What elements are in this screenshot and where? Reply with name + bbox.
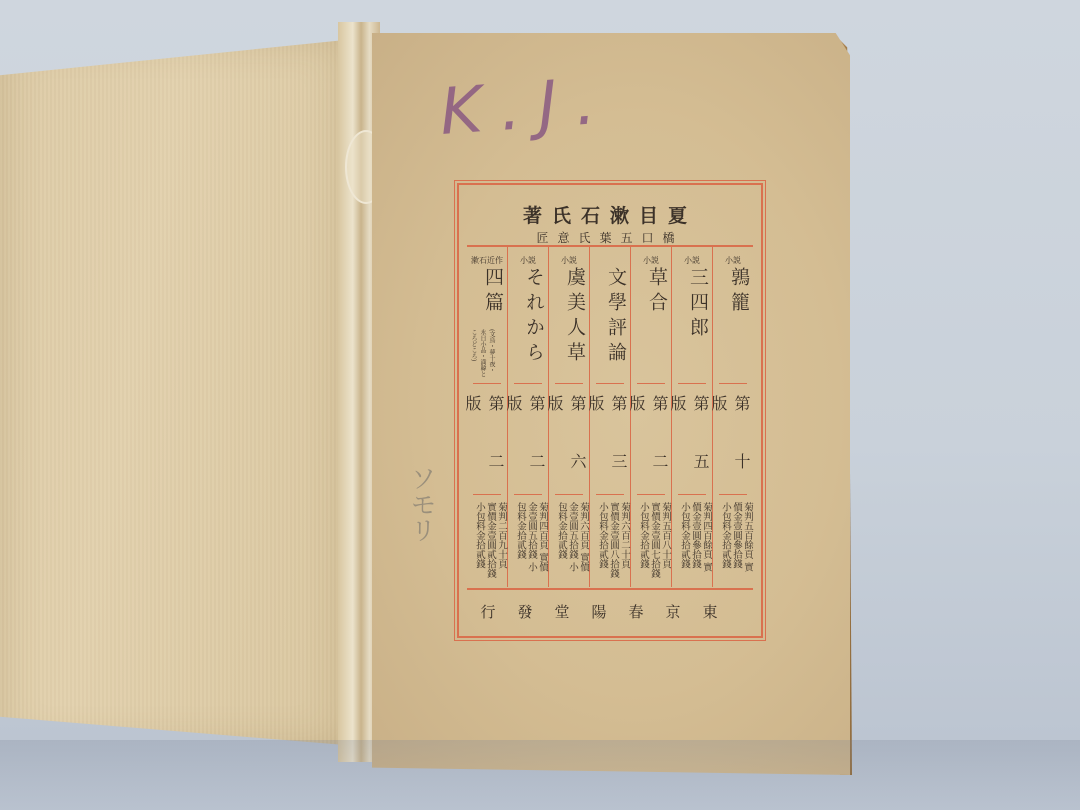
divider: [719, 383, 747, 384]
book-column: 小説 鶉籠 第十版 菊判五百餘頁 實價金壹圓參拾錢 小包料金拾貳錢: [712, 247, 753, 587]
edition-label: 第三版: [590, 395, 630, 487]
handwritten-initials: K.J.: [438, 64, 616, 150]
divider: [514, 383, 542, 384]
divider: [678, 383, 706, 384]
ad-title: 著氏石漱目夏: [459, 201, 761, 228]
genre-label: 小説: [725, 255, 741, 266]
left-cover-endpaper: [0, 40, 345, 745]
price-info: 菊判二百九十頁 實價金壹圓貳拾錢 小包料金拾貳錢: [467, 502, 507, 580]
genre-label: 漱石近作: [471, 255, 503, 266]
ad-subtitle: 匠意氏葉五口橋: [459, 229, 761, 246]
pencil-annotation: ソモリ: [410, 465, 440, 543]
book-column: 小説 それから 第二版 菊判四百頁 實價金壹圓五拾錢 小包料金拾貳錢: [507, 247, 548, 587]
divider: [596, 383, 624, 384]
edition-label: 第五版: [672, 395, 712, 487]
book-list: 小説 鶉籠 第十版 菊判五百餘頁 實價金壹圓參拾錢 小包料金拾貳錢 小説 三四郎…: [467, 247, 753, 587]
title-note: (文鳥・夢十夜・永日小品・満韓ところどころ): [469, 329, 496, 379]
edition-label: 第十版: [713, 395, 753, 487]
price-info: 菊判六百二十頁 實價金壹圓八拾錢 小包料金拾貳錢: [590, 502, 630, 580]
price-info: 菊判五百八十頁 實價金壹圓七拾錢 小包料金拾貳錢: [631, 502, 671, 580]
book-column: 漱石近作 四篇 (文鳥・夢十夜・永日小品・満韓ところどころ) 第二版 菊判二百九…: [467, 247, 507, 587]
divider: [467, 588, 753, 590]
book-photo: K.J. ソモリ 著氏石漱目夏 匠意氏葉五口橋 小説 鶉籠 第十版 菊判五百餘頁…: [0, 0, 1080, 810]
divider: [473, 383, 501, 384]
edition-label: 第二版: [631, 395, 671, 487]
genre-label: 小説: [520, 255, 536, 266]
divider: [473, 494, 501, 495]
book-title: 虞美人草: [549, 267, 589, 379]
price-info: 菊判四百餘頁 實價金壹圓參拾錢 小包料金拾貳錢: [672, 502, 712, 580]
book-column: 文學評論 第三版 菊判六百二十頁 實價金壹圓八拾錢 小包料金拾貳錢: [589, 247, 630, 587]
price-info: 菊判四百頁 實價金壹圓五拾錢 小包料金拾貳錢: [508, 502, 548, 580]
genre-label: 小説: [643, 255, 659, 266]
price-info: 菊判五百餘頁 實價金壹圓參拾錢 小包料金拾貳錢: [713, 502, 753, 580]
price-info: 菊判六百頁 實價金壹圓五拾錢 小包料金拾貳錢: [549, 502, 589, 580]
publisher-line: 東京春陽堂發行: [459, 601, 761, 622]
book-title: 三四郎: [672, 267, 712, 379]
book-column: 小説 虞美人草 第六版 菊判六百頁 實價金壹圓五拾錢 小包料金拾貳錢: [548, 247, 589, 587]
book-title: それから: [508, 267, 548, 379]
genre-label: 小説: [561, 255, 577, 266]
book-title: 四篇: [467, 267, 507, 327]
divider: [596, 494, 624, 495]
edition-label: 第二版: [467, 395, 507, 487]
book-title: 文學評論: [590, 267, 630, 379]
edition-label: 第二版: [508, 395, 548, 487]
divider: [514, 494, 542, 495]
divider: [555, 383, 583, 384]
divider: [678, 494, 706, 495]
publisher-advertisement: 著氏石漱目夏 匠意氏葉五口橋 小説 鶉籠 第十版 菊判五百餘頁 實價金壹圓參拾錢…: [457, 183, 763, 638]
divider: [719, 494, 747, 495]
divider: [637, 383, 665, 384]
book-column: 小説 草合 第二版 菊判五百八十頁 實價金壹圓七拾錢 小包料金拾貳錢: [630, 247, 671, 587]
divider: [637, 494, 665, 495]
book-column: 小説 三四郎 第五版 菊判四百餘頁 實價金壹圓參拾錢 小包料金拾貳錢: [671, 247, 712, 587]
divider: [555, 494, 583, 495]
table-shadow: [0, 740, 1080, 810]
book-title: 草合: [631, 267, 671, 379]
book-title: 鶉籠: [713, 267, 753, 379]
genre-label: 小説: [684, 255, 700, 266]
edition-label: 第六版: [549, 395, 589, 487]
